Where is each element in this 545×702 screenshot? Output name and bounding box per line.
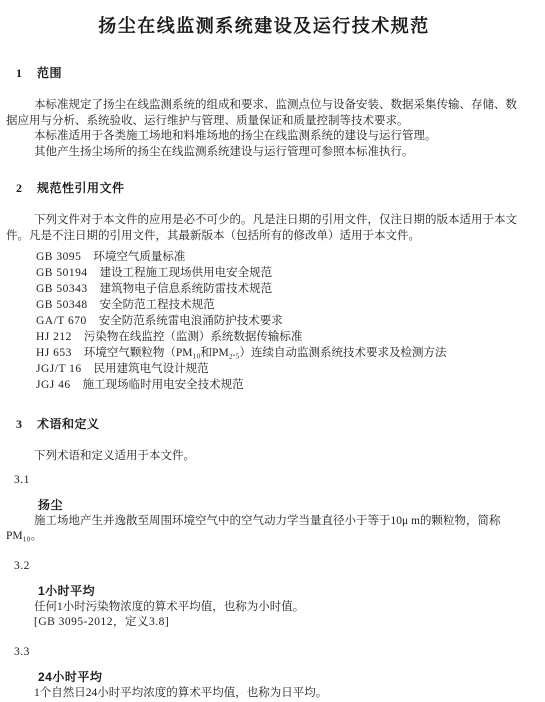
reference-code: HJ 653 (36, 347, 72, 359)
reference-item: GB 3095环境空气质量标准 (6, 249, 522, 265)
paragraph: 本标准规定了扬尘在线监测系统的组成和要求、监测点位与设备安装、数据采集传输、存储… (6, 98, 522, 129)
reference-title: 污染物在线监控（监测）系统数据传输标准 (84, 331, 303, 343)
reference-item: GB 50348安全防范工程技术规范 (6, 297, 522, 313)
clause-2-title: 规范性引用文件 (37, 181, 125, 195)
clause-1-body: 本标准规定了扬尘在线监测系统的组成和要求、监测点位与设备安装、数据采集传输、存储… (6, 98, 522, 160)
reference-item: JGJ 46施工现场临时用电安全技术规范 (6, 377, 522, 393)
reference-item: HJ 212污染物在线监控（监测）系统数据传输标准 (6, 329, 522, 345)
clause-3-number: 3 (16, 417, 27, 432)
term-3-1-number: 3.1 (6, 473, 522, 489)
reference-code: GA/T 670 (36, 315, 87, 327)
clause-1-number: 1 (16, 66, 27, 81)
reference-code: JGJ/T 16 (36, 363, 82, 375)
term-3-3-number: 3.3 (6, 645, 522, 661)
reference-title: 施工现场临时用电安全技术规范 (83, 379, 244, 391)
reference-code: GB 50343 (36, 283, 88, 295)
term-3-2-name: 1小时平均 (6, 584, 522, 600)
clause-3-intro: 下列术语和定义适用于本文件。 (6, 449, 522, 465)
reference-code: GB 50348 (36, 299, 88, 311)
reference-title: 建筑物电子信息系统防雷技术规范 (100, 283, 273, 295)
paragraph: 下列文件对于本文件的应用是必不可少的。凡是注日期的引用文件，仅注日期的版本适用于… (6, 213, 522, 244)
reference-code: GB 3095 (36, 251, 81, 263)
reference-code: HJ 212 (36, 331, 72, 343)
reference-item: GB 50194建设工程施工现场供用电安全规范 (6, 265, 522, 281)
reference-title: 安全防范系统雷电浪涌防护技术要求 (99, 315, 283, 327)
term-3-1-definition: 施工场地产生并逸散至周围环境空气中的空气动力学当量直径小于等于10μ m的颗粒物… (6, 514, 522, 545)
term-3-1-name: 扬尘 (6, 498, 522, 514)
reference-item: GA/T 670安全防范系统雷电浪涌防护技术要求 (6, 313, 522, 329)
clause-2-heading: 2规范性引用文件 (6, 181, 522, 196)
term-3-3-name: 24小时平均 (6, 670, 522, 686)
reference-item: HJ 653环境空气颗粒物（PM₁₀和PM₂.₅）连续自动监测系统技术要求及检测… (6, 345, 522, 361)
reference-title: 环境空气颗粒物（PM₁₀和PM₂.₅）连续自动监测系统技术要求及检测方法 (84, 347, 447, 359)
reference-title: 安全防范工程技术规范 (100, 299, 215, 311)
clause-2-intro: 下列文件对于本文件的应用是必不可少的。凡是注日期的引用文件，仅注日期的版本适用于… (6, 213, 522, 244)
document-page: 扬尘在线监测系统建设及运行技术规范 1范围 本标准规定了扬尘在线监测系统的组成和… (0, 0, 545, 702)
clause-2-number: 2 (16, 181, 27, 196)
document-title: 扬尘在线监测系统建设及运行技术规范 (6, 0, 522, 39)
clause-3-heading: 3术语和定义 (6, 417, 522, 432)
normative-reference-list: GB 3095环境空气质量标准 GB 50194建设工程施工现场供用电安全规范 … (6, 249, 522, 393)
term-3-2-definition: 任何1小时污染物浓度的算术平均值，也称为小时值。 (6, 600, 522, 616)
reference-code: GB 50194 (36, 267, 88, 279)
term-3-2-number: 3.2 (6, 559, 522, 575)
reference-item: JGJ/T 16民用建筑电气设计规范 (6, 361, 522, 377)
clause-1-title: 范围 (37, 66, 62, 80)
reference-item: GB 50343建筑物电子信息系统防雷技术规范 (6, 281, 522, 297)
term-3-2-source: [GB 3095-2012，定义3.8] (6, 615, 522, 631)
reference-code: JGJ 46 (36, 379, 71, 391)
clause-3-title: 术语和定义 (37, 417, 100, 431)
paragraph: 其他产生扬尘场所的扬尘在线监测系统建设与运行管理可参照本标准执行。 (6, 145, 522, 161)
reference-title: 建设工程施工现场供用电安全规范 (100, 267, 273, 279)
reference-title: 民用建筑电气设计规范 (94, 363, 209, 375)
clause-1-heading: 1范围 (6, 66, 522, 81)
paragraph: 本标准适用于各类施工场地和料堆场地的扬尘在线监测系统的建设与运行管理。 (6, 129, 522, 145)
term-3-3-definition: 1个自然日24小时平均浓度的算术平均值，也称为日平均。 (6, 686, 522, 702)
reference-title: 环境空气质量标准 (93, 251, 185, 263)
paragraph: 下列术语和定义适用于本文件。 (6, 449, 522, 465)
